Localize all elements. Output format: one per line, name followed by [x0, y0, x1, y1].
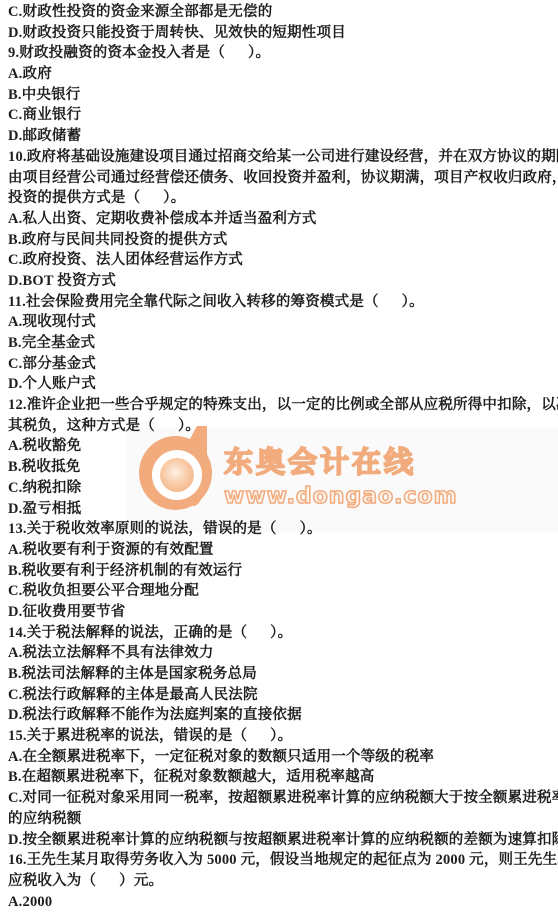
- question-text-line: C.税收负担要公平合理地分配: [8, 581, 554, 602]
- question-text-line: 其税负，这种方式是（ ）。: [8, 416, 554, 437]
- question-text-line: B.在超额累进税率下，征税对象数额越大，适用税率越高: [8, 767, 554, 788]
- exam-document-page: 东奥会计在线 www.dongao.com C.财政性投资的资金来源全部都是无偿…: [0, 0, 558, 913]
- question-text-line: D.征收费用要节省: [8, 602, 554, 623]
- question-text-line: A.在全额累进税率下，一定征税对象的数额只适用一个等级的税率: [8, 747, 554, 768]
- question-text-line: 14.关于税法解释的说法，正确的是（ ）。: [8, 623, 554, 644]
- question-text-line: 12.准许企业把一些合乎规定的特殊支出，以一定的比例或全部从应税所得中扣除，以减…: [8, 395, 554, 416]
- question-text-line: 的应纳税额: [8, 809, 554, 830]
- question-text-line: 15.关于累进税率的说法，错误的是（ ）。: [8, 726, 554, 747]
- question-text-line: 由项目经营公司通过经营偿还债务、收回投资并盈利，协议期满，项目产权收归政府，这种: [8, 168, 554, 189]
- question-text-line: 投资的提供方式是（ ）。: [8, 188, 554, 209]
- question-text-line: B.税法司法解释的主体是国家税务总局: [8, 664, 554, 685]
- question-text-line: D.BOT 投资方式: [8, 271, 554, 292]
- question-text-line: B.中央银行: [8, 85, 554, 106]
- question-text-line: C.纳税扣除: [8, 478, 554, 499]
- question-text-line: B.完全基金式: [8, 333, 554, 354]
- question-text-line: 9.财政投融资的资本金投入者是（ ）。: [8, 43, 554, 64]
- question-text-line: C.政府投资、法人团体经营运作方式: [8, 250, 554, 271]
- question-text-line: B.税收抵免: [8, 457, 554, 478]
- question-text-line: 11.社会保险费用完全靠代际之间收入转移的筹资模式是（ ）。: [8, 292, 554, 313]
- question-text-line: A.私人出资、定期收费补偿成本并适当盈利方式: [8, 209, 554, 230]
- question-text-line: D.盈亏相抵: [8, 499, 554, 520]
- question-text-line: 13.关于税收效率原则的说法，错误的是（ ）。: [8, 519, 554, 540]
- question-text-line: C.部分基金式: [8, 354, 554, 375]
- question-text-line: 应税收入为（ ）元。: [8, 871, 554, 892]
- question-text-line: D.财政投资只能投资于周转快、见效快的短期性项目: [8, 23, 554, 44]
- question-text-line: A.政府: [8, 64, 554, 85]
- question-text-line: 10.政府将基础设施建设项目通过招商交给某一公司进行建设经营，并在双方协议的期限…: [8, 147, 554, 168]
- question-text-line: C.财政性投资的资金来源全部都是无偿的: [8, 2, 554, 23]
- question-text-line: B.税收要有利于经济机制的有效运行: [8, 561, 554, 582]
- question-text-line: C.商业银行: [8, 105, 554, 126]
- question-text-line: A.税收豁免: [8, 436, 554, 457]
- question-text-line: A.现收现付式: [8, 312, 554, 333]
- question-text-line: B.政府与民间共同投资的提供方式: [8, 230, 554, 251]
- question-text-line: 16.王先生某月取得劳务收入为 5000 元，假设当地规定的起征点为 2000 …: [8, 850, 554, 871]
- question-text-line: C.对同一征税对象采用同一税率，按超额累进税率计算的应纳税额大于按全额累进税率计…: [8, 788, 554, 809]
- question-text-line: D.邮政储蓄: [8, 126, 554, 147]
- question-text-line: A.2000: [8, 892, 554, 913]
- question-text-line: A.税收要有利于资源的有效配置: [8, 540, 554, 561]
- question-text-line: A.税法立法解释不具有法律效力: [8, 643, 554, 664]
- question-text-line: D.按全额累进税率计算的应纳税额与按超额累进税率计算的应纳税额的差额为速算扣除数: [8, 830, 554, 851]
- question-text-line: D.个人账户式: [8, 374, 554, 395]
- document-text-body: C.财政性投资的资金来源全部都是无偿的D.财政投资只能投资于周转快、见效快的短期…: [0, 0, 558, 912]
- question-text-line: C.税法行政解释的主体是最高人民法院: [8, 685, 554, 706]
- question-text-line: D.税法行政解释不能作为法庭判案的直接依据: [8, 705, 554, 726]
